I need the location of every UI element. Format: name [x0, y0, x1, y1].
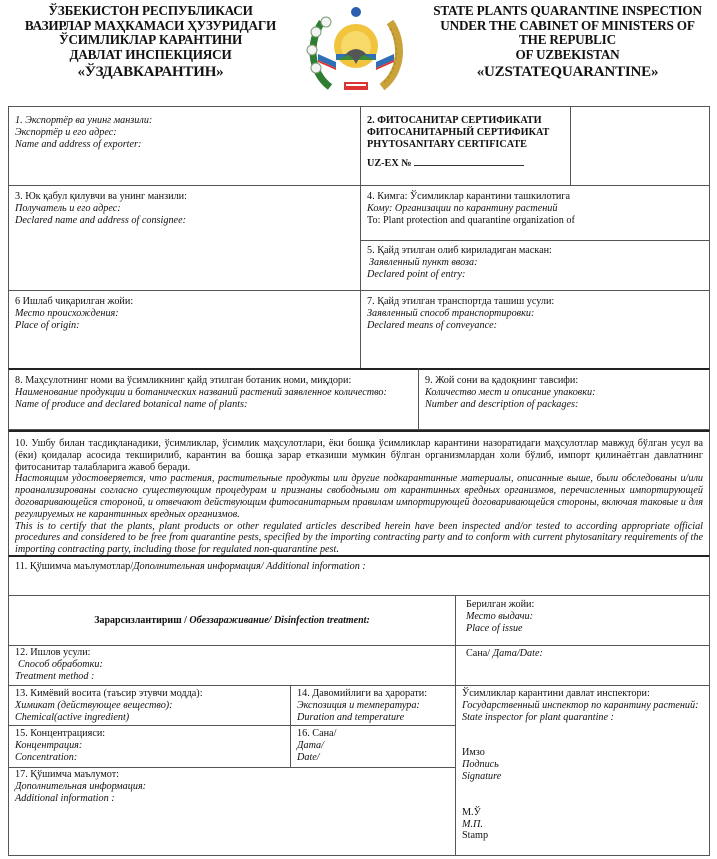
field-label-uz: 1. Экспортёр ва унинг манзили: [15, 115, 354, 127]
field-label-ru: Наименование продукции и ботанических на… [15, 387, 412, 399]
header-line: THE REPUBLIC [418, 33, 717, 48]
field-9-packages[interactable]: 9. Жой сони ва қадоқнинг тавсифи: Количе… [418, 368, 710, 430]
certificate-title-ru: ФИТОСАНИТАРНЫЙ СЕРТИФИКАТ [367, 127, 564, 139]
field-13-chemical[interactable]: 13. Кимёвий восита (таъсир этувчи модда)… [8, 685, 291, 726]
inspector-label-uz: Ўсимликлар карантини давлат инспектори: [462, 688, 703, 700]
field-17-additional-info[interactable]: 17. Қўшимча маълумот: Дополнительная инф… [8, 767, 456, 856]
field-label-en: Date: [520, 648, 543, 659]
field-label-uz: 5. Қайд этилган олиб кириладиган маскан: [367, 245, 703, 257]
field-11-additional-info[interactable]: 11. Қўшимча маълумотлар/Дополнительная и… [8, 555, 710, 596]
field-label-en: Duration and temperature [297, 712, 449, 724]
field-label-uz: 16. Сана/ [297, 728, 449, 740]
stamp-label-ru: М.П. [462, 819, 703, 831]
field-2-blank[interactable] [570, 106, 710, 186]
header-line: UNDER THE CABINET OF MINISTERS OF [418, 19, 717, 34]
header-line: ВАЗИРЛАР МАҲКАМАСИ ҲУЗУРИДАГИ [8, 19, 293, 34]
certificate-number-label: UZ-EX № [367, 158, 411, 169]
header-brand-uz: «ЎЗДАВКАРАНТИН» [8, 65, 293, 80]
certificate-title-uz: 2. ФИТОСАНИТАР СЕРТИФИКАТИ [367, 115, 564, 127]
field-14-duration-temperature[interactable]: 14. Давомийлиги ва ҳарорати: Экспозиция … [290, 685, 456, 726]
treatment-label-ru: Обеззараживание/ [187, 615, 272, 626]
field-label-ru: Дата/ [297, 740, 449, 752]
field-label-uz: 7. Қайд этилган транспортда ташиш усули: [367, 296, 703, 308]
field-label-ru: Дополнительная информация/ [133, 561, 264, 572]
header-brand-en: «UZSTATEQUARANTINE» [418, 65, 717, 80]
signature-label-en: Signature [462, 771, 703, 783]
treatment-label-en: Disinfection treatment: [271, 615, 369, 626]
statement-uz: 10. Ушбу билан тасдиқланадики, ўсимликла… [15, 438, 703, 473]
field-label-ru: Способ обработки: [15, 659, 449, 671]
field-label-uz: 11. Қўшимча маълумотлар/ [15, 561, 133, 572]
field-label-en: Declared point of entry: [367, 269, 703, 281]
field-label-ru: Дата/ [490, 648, 520, 659]
field-label-uz: Сана/ [466, 648, 490, 659]
field-15-concentration[interactable]: 15. Концентрацияси: Концентрация: Concen… [8, 725, 291, 768]
field-label-en: Declared means of conveyance: [367, 320, 703, 332]
field-label-ru: Место происхождения: [15, 308, 354, 320]
certificate-number-field[interactable] [414, 155, 524, 166]
field-10-certification-statement: 10. Ушбу билан тасдиқланадики, ўсимликла… [8, 430, 710, 556]
header-line: ЎСИМЛИКЛАР КАРАНТИНИ [8, 33, 293, 48]
header-line: ДАВЛАТ ИНСПЕКЦИЯСИ [8, 48, 293, 63]
field-label-en: Additional information : [264, 561, 366, 572]
stamp-label-en: Stamp [462, 830, 703, 842]
field-label-uz: 15. Концентрацияси: [15, 728, 284, 740]
statement-ru: Настоящим удостоверяется, что растения, … [15, 473, 703, 520]
field-label-uz: 6 Ишлаб чиқарилган жойи: [15, 296, 354, 308]
inspector-label-en: State inspector for plant quarantine : [462, 712, 703, 724]
field-label-en: Declared name and address of consignee: [15, 215, 354, 227]
signature-label-uz: Имзо [462, 747, 703, 759]
field-label-uz: 8. Маҳсулотнинг номи ва ўсимликнинг қайд… [15, 375, 412, 387]
field-label-ru: Место выдачи: [466, 611, 703, 623]
field-label-uz: 17. Қўшимча маълумот: [15, 769, 449, 781]
field-label-ru: Химикат (действующее вещество): [15, 700, 284, 712]
signature-label-ru: Подпись [462, 759, 703, 771]
field-label-uz: 13. Кимёвий восита (таъсир этувчи модда)… [15, 688, 284, 700]
field-label-uz: Берилган жойи: [466, 599, 703, 611]
field-label-ru: Заявленный пункт ввоза: [367, 257, 703, 269]
field-16-date[interactable]: 16. Сана/ Дата/ Date/ [290, 725, 456, 768]
field-label-en: Treatment method : [15, 671, 449, 683]
disinfection-treatment-heading: Зарарсизлантириш / Обеззараживание/ Disi… [8, 595, 456, 646]
state-emblem-icon [300, 2, 412, 94]
field-label-ru: Кому: Организации по карантину растений [367, 203, 703, 215]
field-2-certificate: 2. ФИТОСАНИТАР СЕРТИФИКАТИ ФИТОСАНИТАРНЫ… [360, 106, 571, 186]
field-4-to-organization[interactable]: 4. Кимга: Ўсимликлар карантини ташкилоти… [360, 185, 710, 241]
field-3-consignee[interactable]: 3. Юк қабул қилувчи ва унинг манзили: По… [8, 185, 361, 291]
field-label-en: Chemical(active ingredient) [15, 712, 284, 724]
place-of-issue[interactable]: Берилган жойи: Место выдачи: Place of is… [455, 595, 710, 646]
field-label-uz: 9. Жой сони ва қадоқнинг тавсифи: [425, 375, 703, 387]
header-left-uz: ЎЗБЕКИСТОН РЕСПУБЛИКАСИ ВАЗИРЛАР МАҲКАМА… [8, 4, 293, 80]
statement-en: This is to certify that the plants, plan… [15, 521, 703, 556]
field-6-place-of-origin[interactable]: 6 Ишлаб чиқарилган жойи: Место происхожд… [8, 290, 361, 369]
treatment-label-uz: Зарарсизлантириш / [94, 615, 187, 626]
field-label-en: Place of origin: [15, 320, 354, 332]
field-label-ru: Заявленный способ транспортировки: [367, 308, 703, 320]
field-label-ru: Экспозиция и температура: [297, 700, 449, 712]
field-label-ru: Концентрация: [15, 740, 284, 752]
field-label-en: Name of produce and declared botanical n… [15, 399, 412, 411]
inspector-label-ru: Государственный инспектор по карантину р… [462, 700, 703, 712]
field-label-uz: 12. Ишлов усули: [15, 647, 449, 659]
field-1-exporter[interactable]: 1. Экспортёр ва унинг манзили: Экспортёр… [8, 106, 361, 186]
field-label-uz: 3. Юк қабул қилувчи ва унинг манзили: [15, 191, 354, 203]
field-label-ru: Экспортёр и его адрес: [15, 127, 354, 139]
field-7-means-of-conveyance[interactable]: 7. Қайд этилган транспортда ташиш усули:… [360, 290, 710, 369]
header-line: ЎЗБЕКИСТОН РЕСПУБЛИКАСИ [8, 4, 293, 19]
header-line: OF UZBEKISTAN [418, 48, 717, 63]
field-label-en: Date/ [297, 752, 449, 764]
field-label-en: Additional information : [15, 793, 449, 805]
stamp-label-uz: М.Ў [462, 807, 703, 819]
date-of-issue[interactable]: Сана/ Дата/Date: [455, 645, 710, 686]
header-line: STATE PLANTS QUARANTINE INSPECTION [418, 4, 717, 19]
field-label-ru: Получатель и его адрес: [15, 203, 354, 215]
field-label-en: Place of issue [466, 623, 703, 635]
field-label-en: Number and description of packages: [425, 399, 703, 411]
inspector-signature-block[interactable]: Ўсимликлар карантини давлат инспектори: … [455, 685, 710, 856]
field-5-point-of-entry[interactable]: 5. Қайд этилган олиб кириладиган маскан:… [360, 240, 710, 291]
certificate-title-en: PHYTOSANITARY CERTIFICATE [367, 139, 564, 151]
field-label-uz: 14. Давомийлиги ва ҳарорати: [297, 688, 449, 700]
field-12-treatment-method[interactable]: 12. Ишлов усули: Способ обработки: Treat… [8, 645, 456, 686]
header-right-en: STATE PLANTS QUARANTINE INSPECTION UNDER… [418, 4, 717, 80]
field-label-ru: Количество мест и описание упаковки: [425, 387, 703, 399]
field-label-ru: Дополнительная информация: [15, 781, 449, 793]
field-8-produce-name[interactable]: 8. Маҳсулотнинг номи ва ўсимликнинг қайд… [8, 368, 419, 430]
field-label-en: Concentration: [15, 752, 284, 764]
field-label-uz: 4. Кимга: Ўсимликлар карантини ташкилоти… [367, 191, 703, 203]
field-label-en: To: Plant protection and quarantine orga… [367, 215, 703, 227]
field-label-en: Name and address of exporter: [15, 139, 354, 151]
